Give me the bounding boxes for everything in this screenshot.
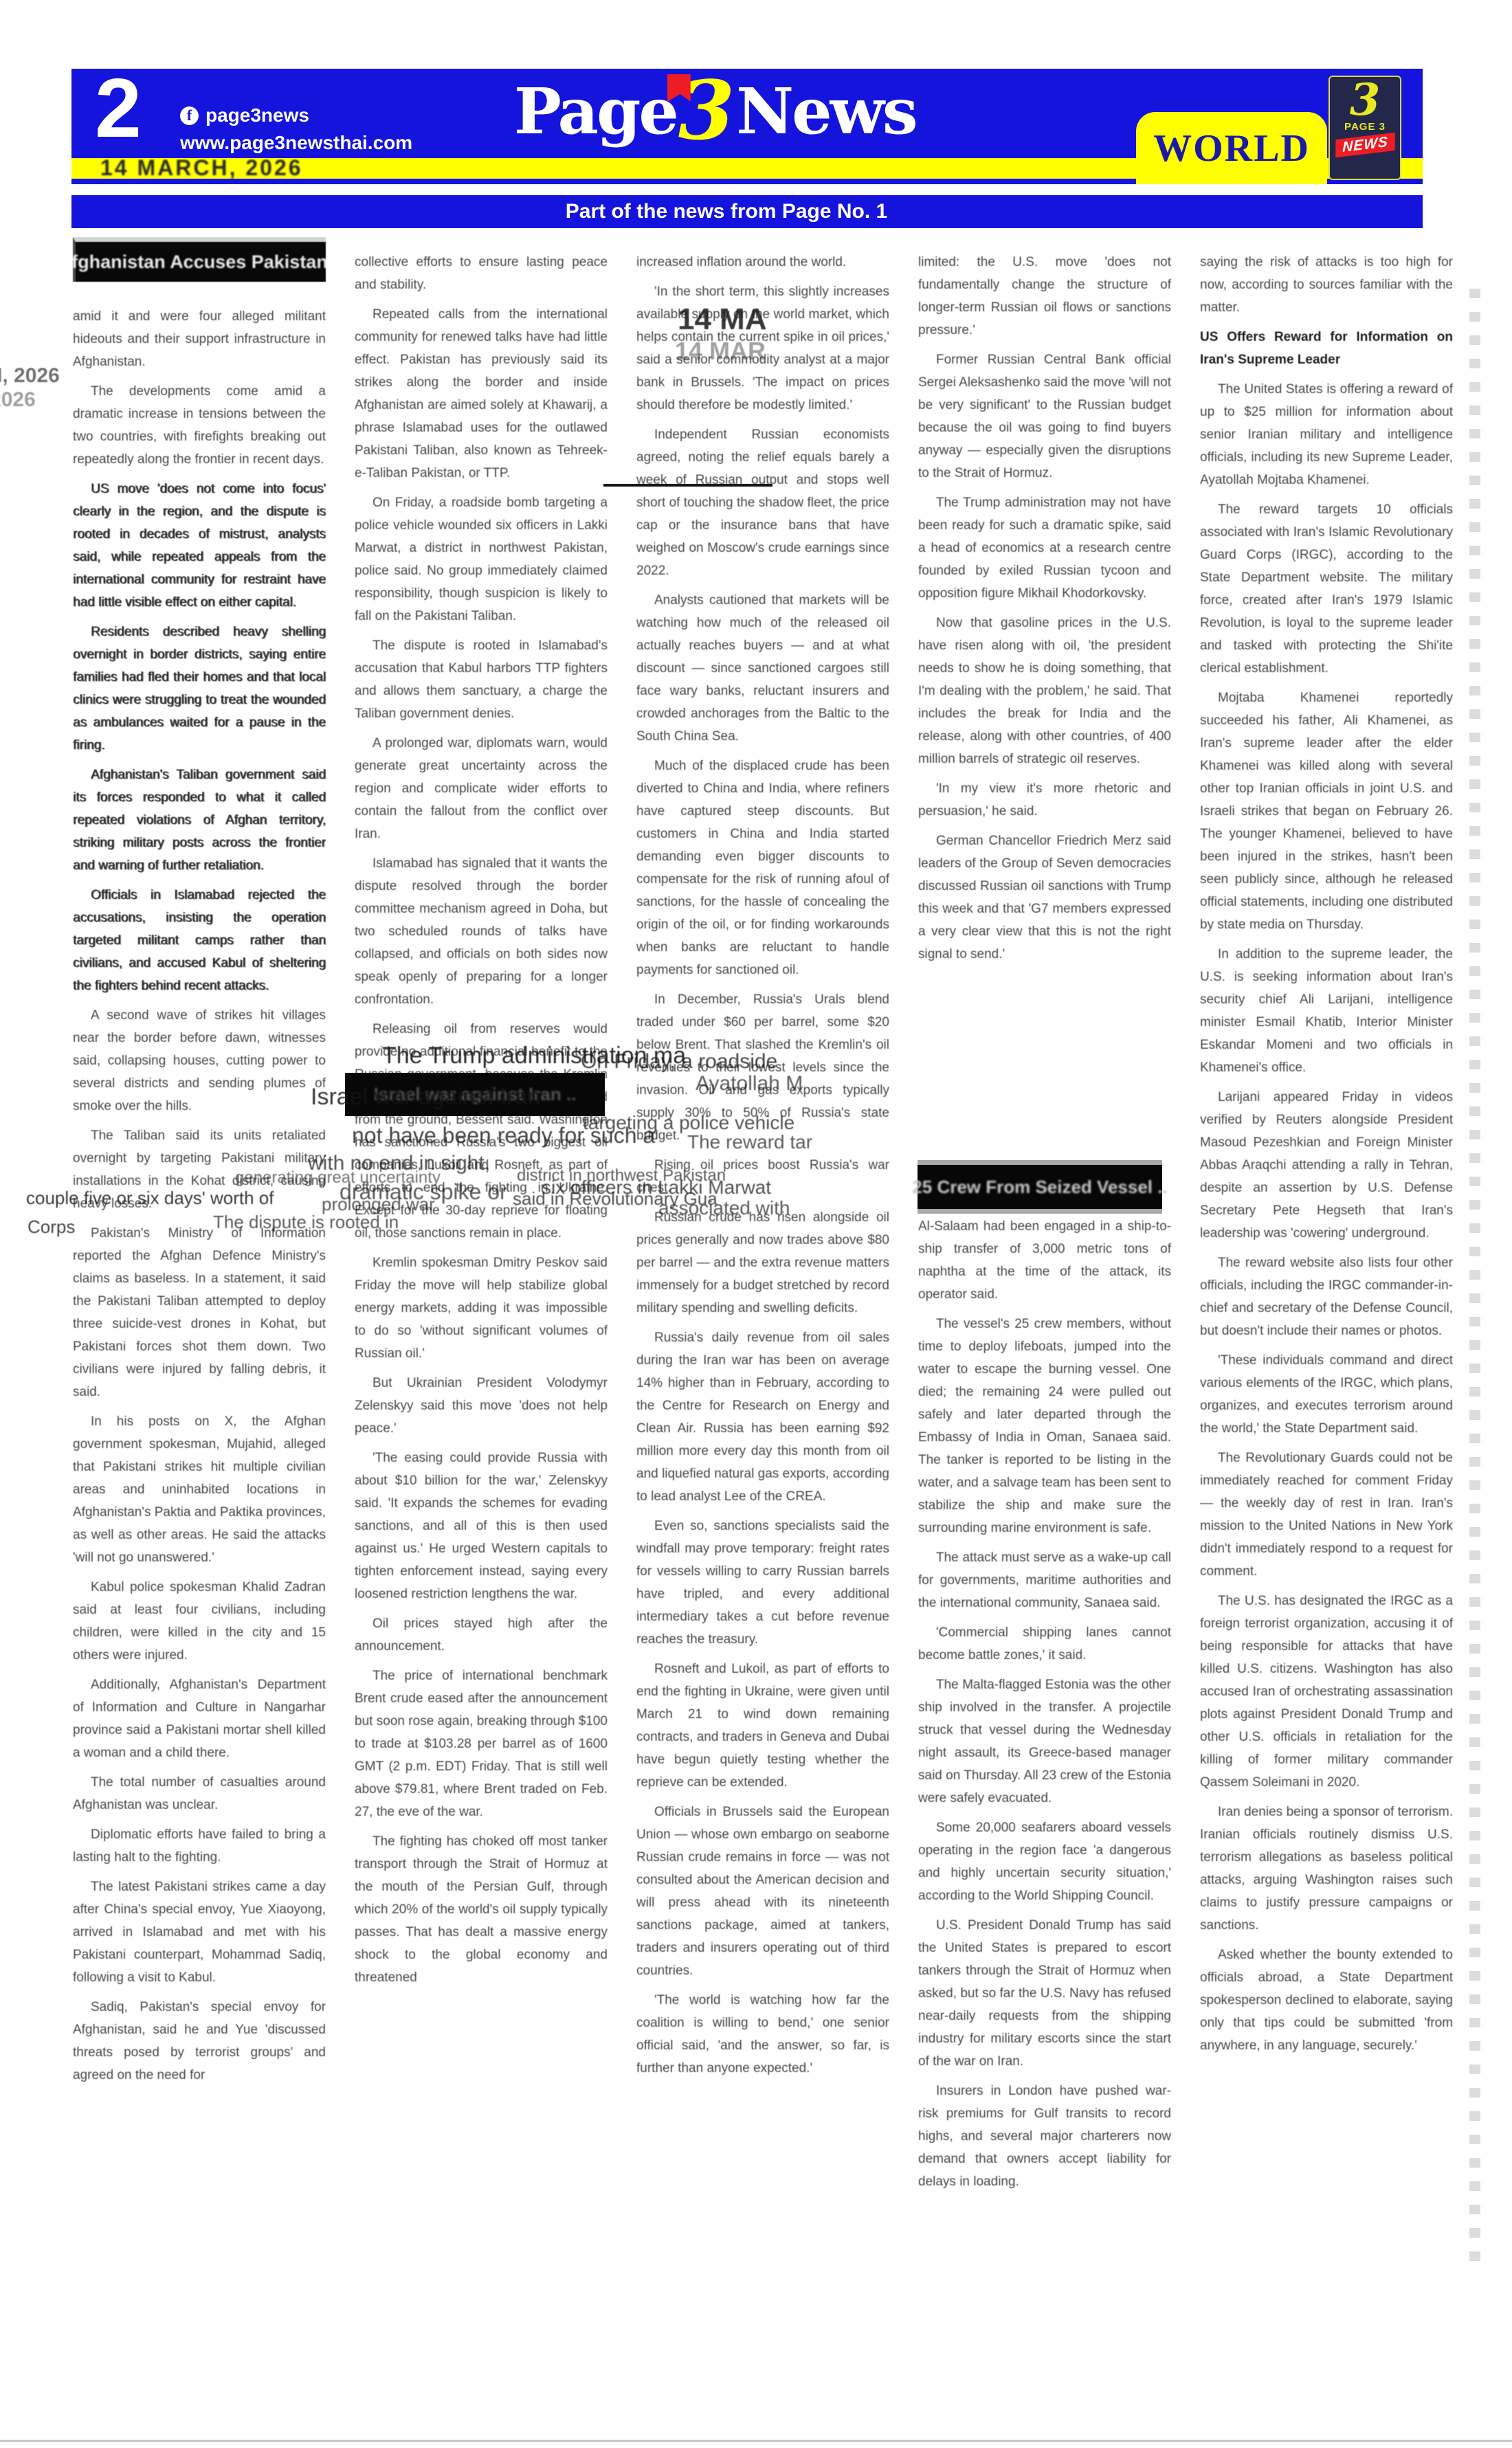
page-bottom-border [0, 2440, 1512, 2442]
body-paragraph: Diplomatic efforts have failed to bring … [73, 1823, 326, 1869]
body-paragraph: Sadiq, Pakistan's special envoy for Afgh… [73, 1996, 326, 2087]
body-paragraph: Analysts cautioned that markets will be … [636, 589, 889, 748]
body-paragraph: The fighting has choked off most tanker … [355, 1830, 608, 1989]
body-paragraph: Much of the displaced crude has been div… [636, 755, 889, 981]
ghost-text: 14 MA [678, 302, 767, 337]
header-band: 2 f page3news www.page3newsthai.com Page… [71, 69, 1423, 184]
newspaper-page: 2 f page3news www.page3newsthai.com Page… [0, 0, 1512, 2448]
column-5-body: saying the risk of attacks is too high f… [1200, 251, 1453, 2057]
subheader-bar: Part of the news from Page No. 1 [71, 195, 1423, 228]
ghost-text: 14 MAR [675, 337, 766, 366]
masthead: Page3News [514, 73, 916, 148]
body-paragraph: Now that gasoline prices in the U.S. hav… [918, 612, 1171, 770]
body-paragraph: Independent Russian economists agreed, n… [636, 423, 889, 582]
facebook-icon: f [180, 107, 199, 125]
body-paragraph: 'Commercial shipping lanes cannot become… [918, 1621, 1171, 1667]
headline-box-afghanistan: Afghanistan Accuses Pakistan .. [73, 237, 326, 282]
news-column-4-lower: Al-Salaam had been engaged in a ship-to-… [918, 1215, 1171, 2319]
column-4-upper-body: limited: the U.S. move 'does not fundame… [918, 251, 1171, 966]
page-number: 2 [95, 66, 142, 150]
ghost-text: generating great uncertainty [235, 1168, 441, 1188]
body-paragraph: Some 20,000 seafarers aboard vessels ope… [918, 1816, 1171, 1907]
section-label: WORLD [1153, 126, 1310, 170]
headline-text: Afghanistan Accuses Pakistan .. [73, 251, 326, 274]
body-paragraph: Insurers in London have pushed war-risk … [918, 2080, 1171, 2193]
body-paragraph: Residents described heavy shelling overn… [73, 621, 326, 757]
body-paragraph: In his posts on X, the Afghan government… [73, 1410, 326, 1569]
body-paragraph: The latest Pakistani strikes came a day … [73, 1876, 326, 1989]
body-paragraph: Iran denies being a sponsor of terrorism… [1200, 1801, 1453, 1937]
body-paragraph: Former Russian Central Bank official Ser… [918, 348, 1171, 485]
body-paragraph: saying the risk of attacks is too high f… [1200, 251, 1453, 319]
facebook-handle: page3news [205, 104, 309, 126]
body-paragraph: U.S. President Donald Trump has said the… [918, 1914, 1171, 2073]
body-paragraph: Even so, sanctions specialists said the … [636, 1515, 889, 1651]
body-paragraph: US move 'does not come into focus' clear… [73, 478, 326, 614]
body-paragraph: The total number of casualties around Af… [73, 1771, 326, 1816]
date-text: 14 MARCH, 2026 [100, 155, 303, 181]
news-column-1: Afghanistan Accuses Pakistan .. amid it … [73, 237, 326, 2378]
body-paragraph: The Revolutionary Guards could not be im… [1200, 1447, 1453, 1583]
news-column-3: increased inflation around the world.'In… [636, 251, 889, 2354]
facebook-row[interactable]: f page3news [180, 104, 309, 126]
news-column-4-upper: limited: the U.S. move 'does not fundame… [918, 251, 1171, 1155]
body-paragraph: The reward website also lists four other… [1200, 1251, 1453, 1342]
body-paragraph: Kremlin spokesman Dmitry Peskov said Fri… [355, 1251, 608, 1365]
logo-numeral-3: 3 [1350, 78, 1381, 122]
body-paragraph: increased inflation around the world. [636, 251, 889, 274]
ghost-text: Israel war against Iran [311, 1084, 541, 1111]
body-paragraph: Afghanistan's Taliban government said it… [73, 764, 326, 877]
subheader-text: Part of the news from Page No. 1 [566, 200, 887, 223]
body-paragraph: 'In my view it's more rhetoric and persu… [918, 777, 1171, 823]
glitch-rule [603, 484, 772, 487]
body-paragraph: A second wave of strikes hit villages ne… [73, 1004, 326, 1117]
ghost-text: The reward tar [687, 1131, 812, 1153]
body-paragraph: limited: the U.S. move 'does not fundame… [918, 251, 1171, 342]
column-2-body: collective efforts to ensure lasting pea… [355, 251, 608, 1989]
body-paragraph: The Trump administration may not have be… [918, 491, 1171, 605]
masthead-word-news: News [736, 74, 916, 148]
body-paragraph: Larijani appeared Friday in videos verif… [1200, 1086, 1453, 1245]
body-paragraph: The Malta-flagged Estonia was the other … [918, 1673, 1171, 1810]
body-paragraph: Rosneft and Lukoil, as part of efforts t… [636, 1658, 889, 1794]
headline-text: 25 Crew From Seized Vessel .. [912, 1177, 1167, 1198]
body-paragraph: In addition to the supreme leader, the U… [1200, 943, 1453, 1079]
body-paragraph: The attack must serve as a wake-up call … [918, 1546, 1171, 1614]
masthead-numeral-3: 3 [678, 78, 735, 143]
ghost-text: 14 MARCH, 2026 [0, 388, 36, 412]
page3news-logo: 3 PAGE 3 NEWS [1328, 76, 1401, 180]
body-paragraph: Kabul police spokesman Khalid Zadran sai… [73, 1576, 326, 1667]
column-3-body: increased inflation around the world.'In… [636, 251, 889, 2080]
body-paragraph: The price of international benchmark Bre… [355, 1665, 608, 1823]
body-paragraph: amid it and were four alleged militant h… [73, 305, 326, 373]
page-edge-bleed-marks [1469, 289, 1480, 2268]
ghost-text: On Friday, a roadside [581, 1050, 777, 1073]
body-paragraph: collective efforts to ensure lasting pea… [355, 251, 608, 296]
body-paragraph: 'The world is watching how far the coali… [636, 1989, 889, 2080]
body-paragraph: The vessel's 25 crew members, without ti… [918, 1313, 1171, 1539]
body-paragraph: Mojtaba Khamenei reportedly succeeded hi… [1200, 687, 1453, 936]
body-paragraph: But Ukrainian President Volodymyr Zelens… [355, 1372, 608, 1440]
body-paragraph: Officials in Islamabad rejected the accu… [73, 884, 326, 997]
ghost-text: Corps [27, 1216, 75, 1238]
body-paragraph: German Chancellor Friedrich Merz said le… [918, 830, 1171, 966]
ghost-text: six officers in Lakki Marwat [542, 1177, 771, 1199]
news-column-5: saying the risk of attacks is too high f… [1200, 251, 1453, 2361]
body-paragraph: Additionally, Afghanistan's Department o… [73, 1673, 326, 1764]
body-paragraph: Russia's daily revenue from oil sales du… [636, 1326, 889, 1508]
headline-box-seized-vessel: 25 Crew From Seized Vessel .. [918, 1160, 1162, 1214]
section-tab-world: WORLD [1136, 112, 1327, 184]
ghost-text: The dispute is rooted in [213, 1212, 399, 1233]
logo-page3-text: PAGE 3 [1344, 121, 1386, 133]
body-paragraph: The U.S. has designated the IRGC as a fo… [1200, 1590, 1453, 1794]
body-paragraph: Officials in Brussels said the European … [636, 1801, 889, 1982]
body-paragraph: Islamabad has signaled that it wants the… [355, 852, 608, 1011]
body-paragraph: Oil prices stayed high after the announc… [355, 1612, 608, 1658]
ghost-text: Ayatollah M [696, 1072, 803, 1095]
body-paragraph: Repeated calls from the international co… [355, 303, 608, 485]
ghost-text: 14 MARCH, 2026 [0, 364, 60, 388]
body-paragraph: Asked whether the bounty extended to off… [1200, 1944, 1453, 2057]
news-column-2: collective efforts to ensure lasting pea… [355, 251, 608, 2347]
body-paragraph: The dispute is rooted in Islamabad's acc… [355, 634, 608, 725]
body-paragraph: Russian crude has risen alongside oil pr… [636, 1206, 889, 1320]
body-paragraph: Pakistan's Ministry of Information repor… [73, 1222, 326, 1403]
body-paragraph: 'These individuals command and direct va… [1200, 1349, 1453, 1440]
body-paragraph: US Offers Reward for Information on Iran… [1200, 326, 1453, 371]
body-paragraph: The reward targets 10 officials associat… [1200, 498, 1453, 680]
body-paragraph: On Friday, a roadside bomb targeting a p… [355, 491, 608, 627]
ghost-text: associated with [658, 1197, 790, 1219]
body-paragraph: Al-Salaam had been engaged in a ship-to-… [918, 1215, 1171, 1306]
logo-news-ribbon: NEWS [1335, 133, 1395, 158]
masthead-word-page: Page [514, 74, 677, 148]
website-link[interactable]: www.page3newsthai.com [180, 132, 412, 154]
body-paragraph: The developments come amid a dramatic in… [73, 380, 326, 471]
body-paragraph: The United States is offering a reward o… [1200, 378, 1453, 491]
column-4-lower-body: Al-Salaam had been engaged in a ship-to-… [918, 1215, 1171, 2193]
ghost-text: couple five or six days' worth of [26, 1188, 274, 1209]
body-paragraph: A prolonged war, diplomats warn, would g… [355, 732, 608, 845]
body-paragraph: 'The easing could provide Russia with ab… [355, 1447, 608, 1605]
